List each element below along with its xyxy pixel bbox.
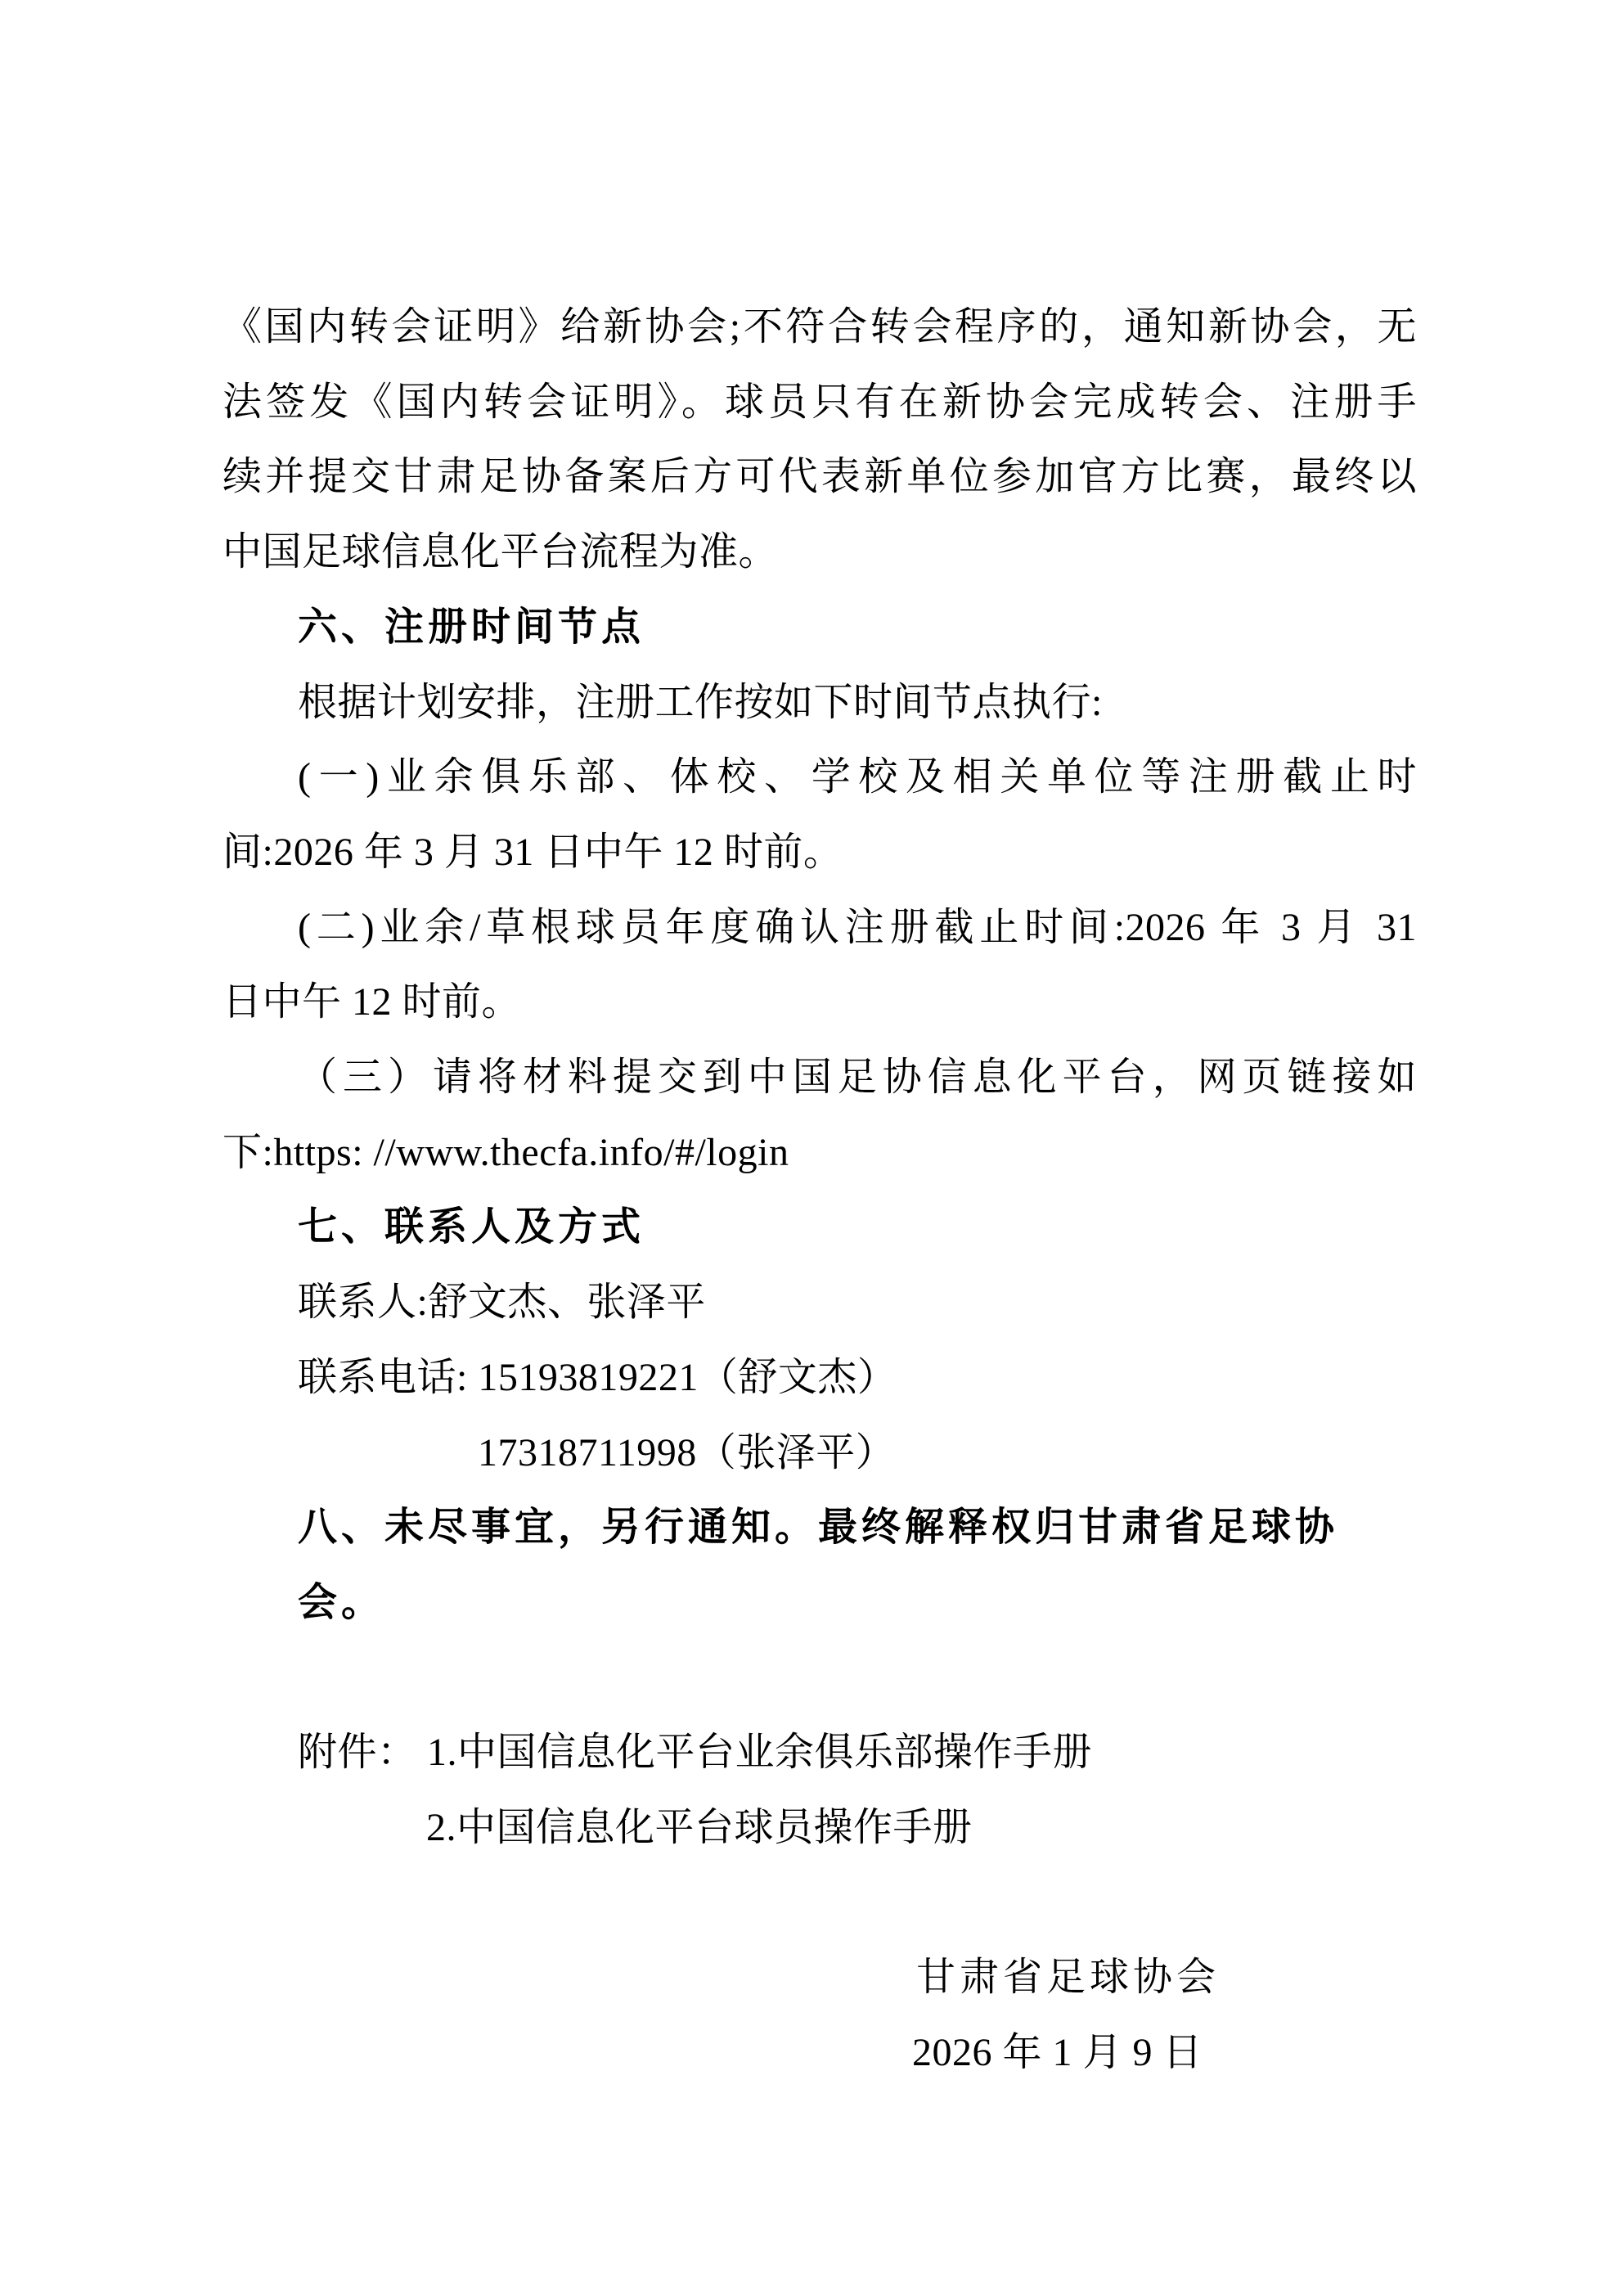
section-6-intro-line: 根据计划安排，注册工作按如下时间节点执行: bbox=[223, 665, 1417, 741]
contact-phone-line-1: 联系电话: 15193819221（舒文杰） bbox=[223, 1340, 1417, 1416]
body-line-transfer-cert-3: 续并提交甘肃足协备案后方可代表新单位参加官方比赛，最终以 bbox=[223, 439, 1417, 515]
section-6-heading: 六、注册时间节点 bbox=[223, 590, 1417, 665]
signature-date: 2026 年 1 月 9 日 bbox=[223, 2015, 1417, 2091]
deadline-item-1-line-2: 间:2026 年 3 月 31 日中午 12 时前。 bbox=[223, 815, 1417, 890]
body-line-transfer-cert-2: 法签发《国内转会证明》。球员只有在新协会完成转会、注册手 bbox=[223, 365, 1417, 440]
deadline-item-1-line-1: (一)业余俱乐部、体校、学校及相关单位等注册截止时 bbox=[223, 740, 1417, 815]
section-8-heading: 八、未尽事宜，另行通知。最终解释权归甘肃省足球协会。 bbox=[223, 1490, 1417, 1640]
deadline-item-2-line-2: 日中午 12 时前。 bbox=[223, 965, 1417, 1040]
contact-names-line: 联系人:舒文杰、张泽平 bbox=[223, 1265, 1417, 1340]
body-line-transfer-cert-1: 《国内转会证明》给新协会;不符合转会程序的，通知新协会，无 bbox=[223, 290, 1417, 365]
document-page: 《国内转会证明》给新协会;不符合转会程序的，通知新协会，无 法签发《国内转会证明… bbox=[0, 0, 1623, 2296]
platform-url-line: 下:https: //www.thecfa.info/#/login bbox=[223, 1115, 1417, 1191]
blank-line bbox=[223, 1641, 1417, 1716]
contact-phone-line-2: 17318711998（张泽平） bbox=[223, 1416, 1417, 1491]
body-line-transfer-cert-4: 中国足球信息化平台流程为准。 bbox=[223, 515, 1417, 590]
platform-item-3-line-1: （三）请将材料提交到中国足协信息化平台，网页链接如 bbox=[223, 1040, 1417, 1115]
attachment-line-1: 附件： 1.中国信息化平台业余俱乐部操作手册 bbox=[223, 1715, 1417, 1790]
deadline-item-2-line-1: (二)业余/草根球员年度确认注册截止时间:2026 年 3 月 31 bbox=[223, 890, 1417, 966]
signature-organization: 甘肃省足球协会 bbox=[223, 1940, 1417, 2015]
document-text-block: 《国内转会证明》给新协会;不符合转会程序的，通知新协会，无 法签发《国内转会证明… bbox=[223, 290, 1417, 2091]
section-7-heading: 七、联系人及方式 bbox=[223, 1190, 1417, 1265]
attachment-line-2: 2.中国信息化平台球员操作手册 bbox=[223, 1790, 1417, 1866]
blank-line bbox=[223, 1866, 1417, 1941]
